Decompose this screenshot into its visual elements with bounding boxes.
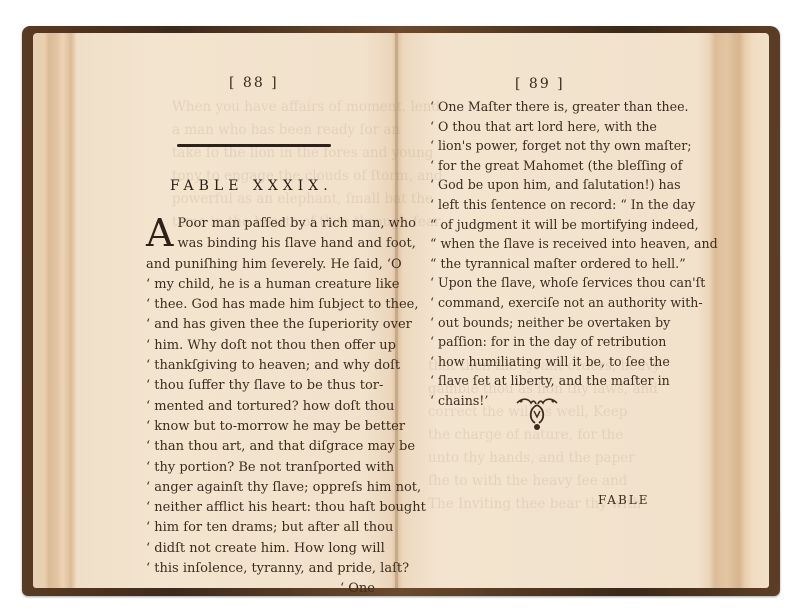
text-line: ‘ command, exerciſe not an authority wit…: [430, 293, 644, 313]
text-line: ‘ thou ſuffer thy ſlave to be thus tor-: [146, 376, 375, 396]
text-line: ‘ Upon the ſlave, whoſe ſervices thou ca…: [430, 273, 644, 293]
text-line: ‘ neither afflict his heart: thou haſt b…: [146, 498, 375, 518]
text-line: ‘ thee. God has made him ſubject to thee…: [146, 295, 375, 315]
left-page-body-cont: and puniſhing him ſeverely. He ſaid, ‘O …: [146, 255, 375, 600]
text-line: ‘ and has given thee the ſuperiority ove…: [146, 315, 375, 335]
text-line: ‘ thankſgiving to heaven; and why doſt: [146, 356, 375, 376]
text-line: ‘ him for ten drams; but after all thou: [146, 518, 375, 538]
text-line: ‘ thy portion? Be not tranſported with: [146, 458, 375, 478]
text-line: ‘ left this ſentence on record: “ In the…: [430, 195, 644, 215]
right-page-body: ‘ One Maſter there is, greater than thee…: [430, 97, 644, 411]
text-line: ‘ anger againſt thy ſlave; oppreſs him n…: [146, 478, 375, 498]
catchword-left: ‘ One: [146, 579, 375, 599]
text-line: ‘ One Maſter there is, greater than thee…: [430, 97, 644, 117]
text-line: “ of judgment it will be mortifying inde…: [430, 215, 644, 235]
text-line: ‘ God be upon him, and ſalutation!) has: [430, 175, 644, 195]
text-line: and puniſhing him ſeverely. He ſaid, ‘O: [146, 255, 375, 275]
text-line: ‘ didſt not create him. How long will: [146, 539, 375, 559]
text-line: Poor man paſſed by a rich man, who: [146, 214, 375, 234]
text-line: ‘ paſſion: for in the day of retribution: [430, 332, 644, 352]
drop-cap: A: [146, 216, 173, 250]
text-line: ‘ ſlave ſet at liberty, and the maſter i…: [430, 371, 644, 391]
page-number-right: [ 89 ]: [515, 76, 565, 92]
page-number-left: [ 88 ]: [229, 75, 279, 91]
title-rule: [177, 144, 331, 147]
text-line: ‘ out bounds; neither be overtaken by: [430, 313, 644, 333]
text-line: ‘ for the great Mahomet (the bleſſing of: [430, 156, 644, 176]
catchword-right: FABLE: [598, 493, 650, 507]
text-line: ‘ my child, he is a human creature like: [146, 275, 375, 295]
text-line: ‘ O thou that art lord here, with the: [430, 117, 644, 137]
text-line: ‘ know but to-morrow he may be better: [146, 417, 375, 437]
text-line: ‘ him. Why doſt not thou then offer up: [146, 336, 375, 356]
text-line: ‘ than thou art, and that diſgrace may b…: [146, 437, 375, 457]
fable-title: FABLE XXXIX.: [170, 178, 333, 194]
fleuron-ornament-icon: [515, 395, 559, 435]
text-line: ‘ how humiliating will it be, to ſee the: [430, 352, 644, 372]
text-line: was binding his ſlave hand and foot,: [146, 234, 375, 254]
text-line: ‘ this inſolence, tyranny, and pride, la…: [146, 559, 375, 579]
left-page-body: A Poor man paſſed by a rich man, who was…: [146, 214, 375, 255]
text-line: “ the tyrannical maſter ordered to hell.…: [430, 254, 644, 274]
text-line: “ when the ſlave is received into heaven…: [430, 234, 644, 254]
text-line: ‘ mented and tortured? how doſt thou: [146, 397, 375, 417]
text-line: ‘ lion's power, forget not thy own maſte…: [430, 136, 644, 156]
